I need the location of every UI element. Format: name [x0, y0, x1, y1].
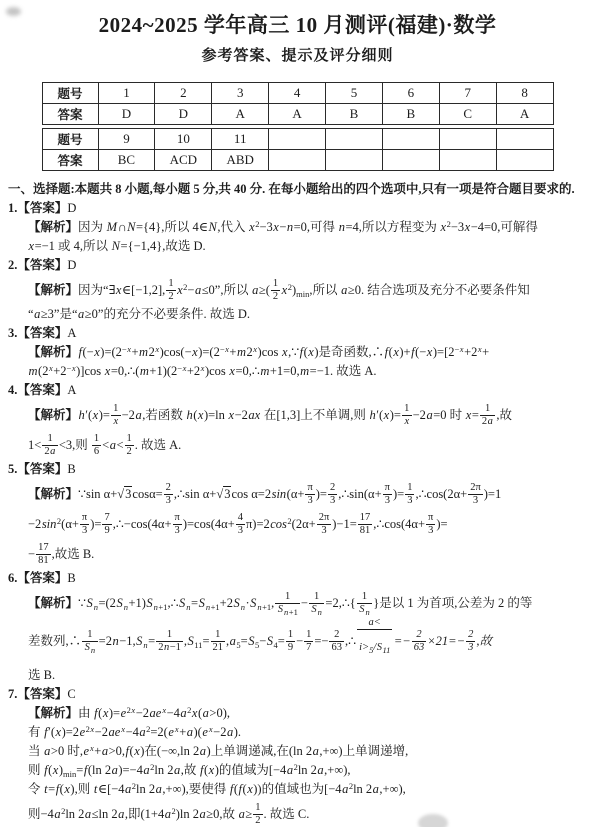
answer-table-1-body: 题号12345678答案DDAABBCA — [42, 83, 553, 125]
answer-cell: 5 — [326, 83, 383, 104]
table-row: 答案BCACDABD — [42, 150, 553, 171]
scan-smudge-top-left — [6, 7, 21, 16]
answer-cell: B — [326, 104, 383, 125]
solution-line: 则 f(x)min=f(ln 2a)=−4a2ln 2a,故 f(x)的值域为[… — [8, 761, 589, 780]
answer-line: 1.【答案】D — [8, 199, 589, 218]
solution-line: 选 B. — [8, 666, 589, 685]
solution-line: 【解析】因为 M∩N={4},所以 4∈N,代入 x2−3x−n=0,可得 n=… — [8, 218, 589, 237]
answer-cell: D — [98, 104, 155, 125]
solution-line: 【解析】f(−x)=(2−x+m2x)cos(−x)=(2−x+m2x)cos … — [8, 343, 589, 362]
answer-line: 7.【答案】C — [8, 685, 589, 704]
row-header-cell: 答案 — [42, 104, 98, 125]
answer-line: 2.【答案】D — [8, 256, 589, 275]
solution-line: 则−4a2ln 2a≤ln 2a,即(1+4a2)ln 2a≥0,故 a≥12.… — [8, 799, 589, 827]
exam-answer-page: 2024~2025 学年高三 10 月测评(福建)·数学 参考答案、提示及评分细… — [0, 0, 595, 827]
answer-cell: 6 — [382, 83, 439, 104]
answer-cell: 9 — [98, 129, 155, 150]
solution-line: 【解析】∵sin α+√3cosα=23,∴sin α+√3cos α=2sin… — [8, 479, 589, 509]
answer-cell — [326, 150, 383, 171]
answer-cell — [496, 129, 553, 150]
answer-cell: 11 — [212, 129, 269, 150]
answer-cell: 3 — [212, 83, 269, 104]
answer-cell: 8 — [496, 83, 553, 104]
answer-line: 4.【答案】A — [8, 381, 589, 400]
solution-line: 【解析】h′(x)=1x−2a,若函数 h(x)=ln x−2ax 在[1,3]… — [8, 400, 589, 430]
answer-cell: C — [439, 104, 496, 125]
solution-line: 【解析】∵Sn=(2Sn+1)Sn+1,∴Sn=Sn+1+2Sn·Sn+1,1S… — [8, 588, 589, 618]
answer-key-tables: 题号12345678答案DDAABBCA 题号91011答案BCACDABD — [42, 82, 554, 171]
solution-line: 当 a>0 时,ex+a>0,f(x)在(−∞,ln 2a)上单调递减,在(ln… — [8, 742, 589, 761]
answer-cell — [439, 129, 496, 150]
answer-cell — [382, 150, 439, 171]
answer-cell: D — [155, 104, 212, 125]
table-row: 题号12345678 — [42, 83, 553, 104]
page-title: 2024~2025 学年高三 10 月测评(福建)·数学 — [0, 9, 595, 39]
answer-cell — [382, 129, 439, 150]
section-heading: 一、选择题:本题共 8 小题,每小题 5 分,共 40 分. 在每小题给出的四个… — [8, 180, 589, 199]
solutions-content: 一、选择题:本题共 8 小题,每小题 5 分,共 40 分. 在每小题给出的四个… — [8, 180, 589, 827]
answer-cell: 4 — [269, 83, 326, 104]
answer-line: 5.【答案】B — [8, 460, 589, 479]
answer-cell: ABD — [212, 150, 269, 171]
answer-table-questions-9-11: 题号91011答案BCACDABD — [42, 128, 554, 171]
solution-line: 令 t=f(x),则 t∈[−4a2ln 2a,+∞),要使得 f(f(x))的… — [8, 780, 589, 799]
answer-cell — [269, 150, 326, 171]
answer-cell: A — [212, 104, 269, 125]
answer-cell: A — [496, 104, 553, 125]
solution-line: −1781,故选 B. — [8, 539, 589, 569]
row-header-cell: 题号 — [42, 129, 98, 150]
solution-line: 有 f′(x)=2e2x−2aex−4a2=2(ex+a)(ex−2a). — [8, 723, 589, 742]
page-subtitle: 参考答案、提示及评分细则 — [0, 44, 595, 65]
row-header-cell: 题号 — [42, 83, 98, 104]
solution-line: −2sin2(α+π3)=79,∴−cos(4α+π3)=cos(4α+43π)… — [8, 509, 589, 539]
table-row: 答案DDAABBCA — [42, 104, 553, 125]
answer-cell — [439, 150, 496, 171]
answer-line: 3.【答案】A — [8, 324, 589, 343]
answer-cell: BC — [98, 150, 155, 171]
answer-table-questions-1-8: 题号12345678答案DDAABBCA — [42, 82, 554, 125]
answer-cell: 1 — [98, 83, 155, 104]
answer-cell: ACD — [155, 150, 212, 171]
answer-cell: 2 — [155, 83, 212, 104]
scan-artifact-bottom — [418, 814, 448, 827]
solution-line: 【解析】因为“∃x∈[−1,2],12x2−a≤0”,所以 a≥(12x2)mi… — [8, 275, 589, 305]
answer-cell — [269, 129, 326, 150]
answer-table-2-body: 题号91011答案BCACDABD — [42, 129, 553, 171]
answer-cell — [496, 150, 553, 171]
answer-cell: 10 — [155, 129, 212, 150]
solution-line: 差数列,∴1Sn=2n−1,Sn=12n−1,S11=121,a5=S5−S4=… — [8, 618, 589, 666]
answer-cell: 7 — [439, 83, 496, 104]
answer-cell: B — [382, 104, 439, 125]
solution-line: 1<12a<3,则 16<a<12. 故选 A. — [8, 430, 589, 460]
solution-line: x=−1 或 4,所以 N={−1,4},故选 D. — [8, 237, 589, 256]
solution-line: 【解析】由 f(x)=e2x−2aex−4a2x(a>0), — [8, 704, 589, 723]
row-header-cell: 答案 — [42, 150, 98, 171]
answer-cell: A — [269, 104, 326, 125]
solution-line: m(2x+2−x)]cos x=0,∴(m+1)(2−x+2x)cos x=0,… — [8, 362, 589, 381]
solution-line: “a≥3”是“a≥0”的充分不必要条件. 故选 D. — [8, 305, 589, 324]
table-row: 题号91011 — [42, 129, 553, 150]
answer-line: 6.【答案】B — [8, 569, 589, 588]
answer-cell — [326, 129, 383, 150]
solutions-list: 1.【答案】D【解析】因为 M∩N={4},所以 4∈N,代入 x2−3x−n=… — [8, 199, 589, 827]
